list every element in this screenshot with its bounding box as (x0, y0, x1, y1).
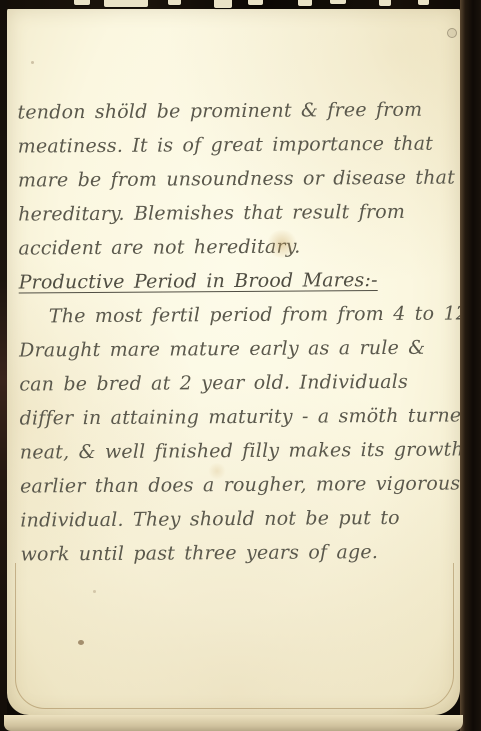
handwritten-line: tendon shöld be prominent & free from (17, 92, 456, 129)
handwritten-line: hereditary. Blemishes that result from (18, 194, 457, 231)
torn-paper-remnant (74, 0, 90, 5)
paper-speck (31, 61, 34, 64)
torn-paper-remnant (214, 0, 232, 8)
torn-paper-remnant (379, 0, 391, 6)
torn-paper-remnant (298, 0, 312, 6)
page-edge-left (0, 0, 7, 731)
paper-speck (78, 640, 84, 645)
page-edge-right (460, 0, 481, 731)
handwritten-line: differ in attaining maturity - a smöth t… (19, 398, 458, 435)
notebook-page: tendon shöld be prominent & free from me… (7, 8, 460, 715)
handwritten-line: accident are not hereditary. (18, 228, 457, 265)
handwritten-line: Draught mare mature early as a rule & (19, 330, 458, 367)
page-corner-outline (15, 563, 454, 709)
handwritten-line: earlier than does a rougher, more vigoro… (20, 466, 459, 503)
handwritten-line: The most fertil period from from 4 to 12 (19, 296, 458, 333)
torn-paper-remnant (248, 0, 263, 5)
handwriting-block: tendon shöld be prominent & free from me… (17, 92, 459, 571)
handwritten-line: mare be from unsoundness or disease that (18, 160, 457, 197)
binding-top-edge (0, 0, 481, 9)
paper-speck (93, 590, 96, 593)
under-sheet-edge (4, 715, 463, 731)
torn-paper-remnant (168, 0, 181, 5)
torn-paper-remnant (418, 0, 429, 5)
torn-paper-remnant (330, 0, 346, 4)
handwritten-line: neat, & well finished filly makes its gr… (20, 432, 459, 469)
handwritten-line: can be bred at 2 year old. Individuals (19, 364, 458, 401)
ink-stain (265, 230, 299, 258)
handwritten-line: work until past three years of age. (20, 534, 459, 571)
paper-ring-mark (447, 28, 457, 38)
section-heading: Productive Period in Brood Mares:- (19, 262, 458, 299)
torn-paper-remnant (104, 0, 148, 7)
handwritten-line: meatiness. It is of great importance tha… (18, 126, 457, 163)
notebook-photo: tendon shöld be prominent & free from me… (0, 0, 481, 731)
handwritten-line: individual. They should not be put to (20, 500, 459, 537)
ink-stain (207, 463, 227, 479)
